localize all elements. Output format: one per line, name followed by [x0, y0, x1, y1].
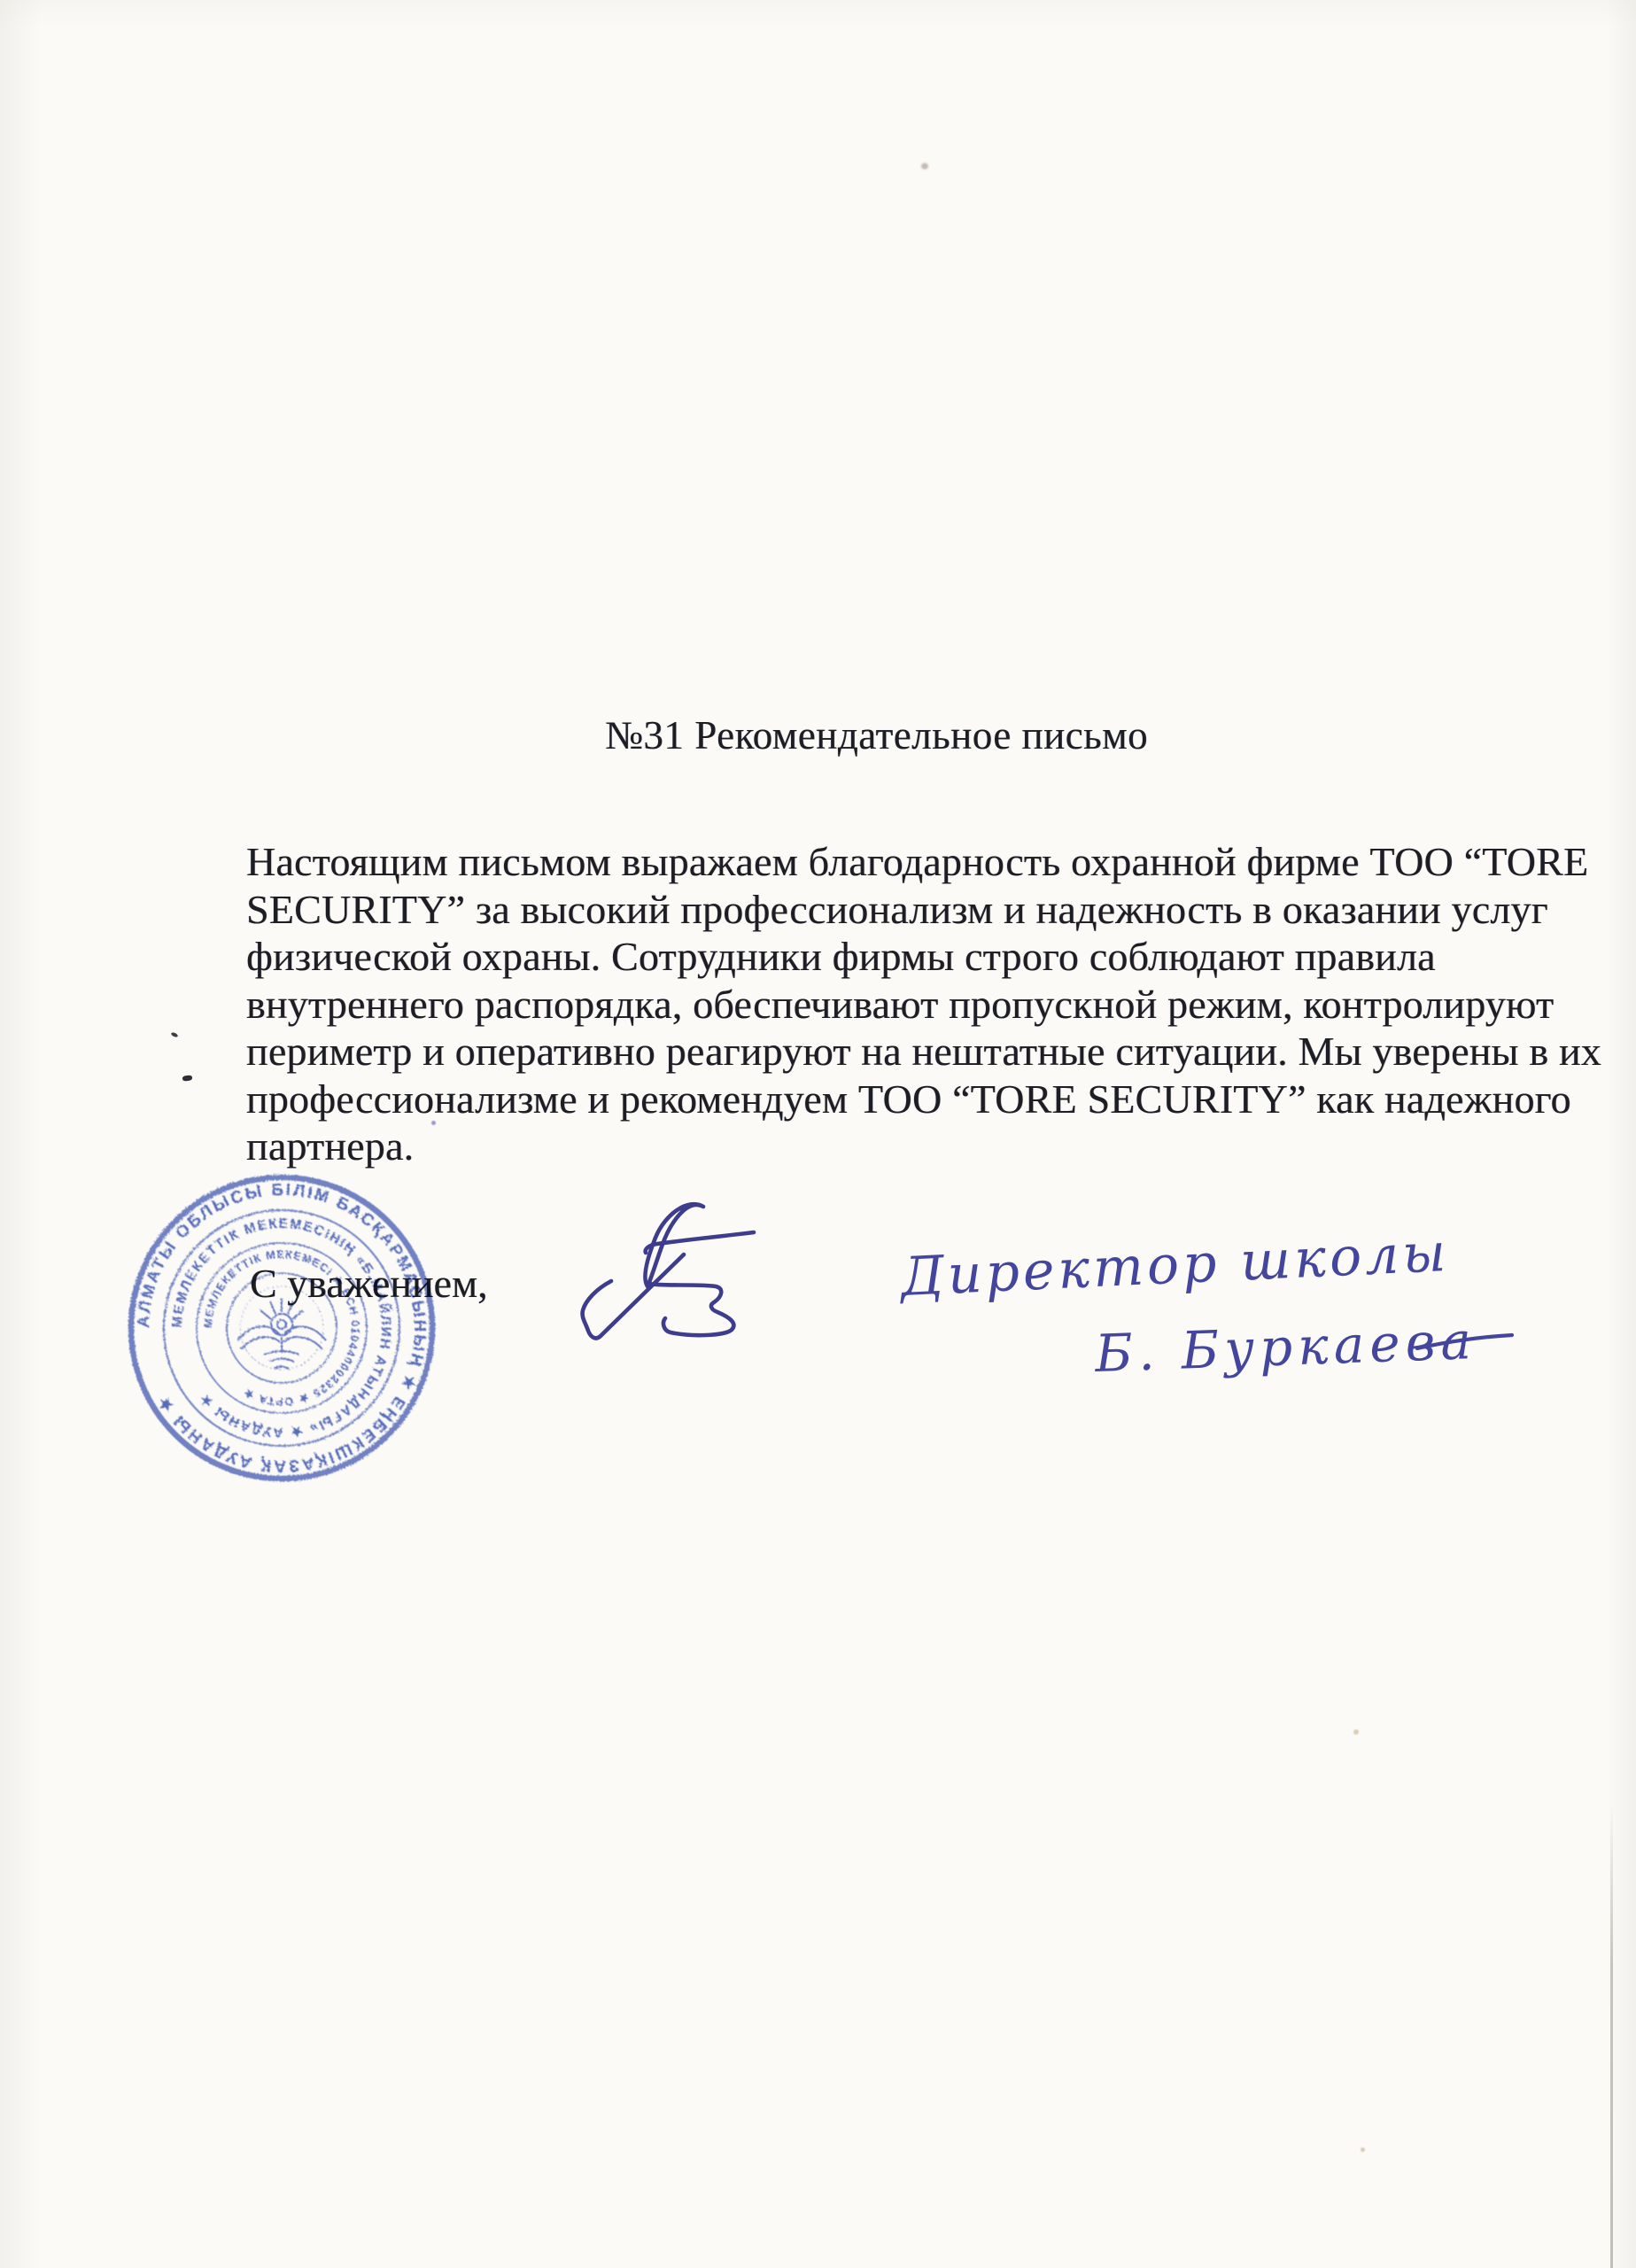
- body-line: внутреннего распорядка, обеспечивают про…: [246, 981, 1548, 1029]
- scan-speck: [921, 163, 928, 169]
- stamp-text-rings: АЛМАТЫ ОБЛЫСЫ БІЛІМ БАСҚАРМАСЫНЫҢ ★ ЕҢБЕ…: [135, 1181, 429, 1475]
- body-line: партнера.: [246, 1122, 1548, 1170]
- stamp-center-emblem: [237, 1298, 326, 1369]
- company-stamp: АЛМАТЫ ОБЛЫСЫ БІЛІМ БАСҚАРМАСЫНЫҢ ★ ЕҢБЕ…: [124, 1170, 439, 1486]
- scanned-letter-page: №31 Рекомендательное письмо Настоящим пи…: [0, 0, 1636, 2268]
- scan-speck: [1361, 2148, 1365, 2152]
- body-line: профессионализме и рекомендуем ТОО “TORE…: [246, 1076, 1548, 1123]
- body-line: периметр и оперативно реагируют на нешта…: [246, 1028, 1548, 1076]
- ink-speck: [182, 1075, 193, 1081]
- letter-body: Настоящим письмом выражаем благодарность…: [246, 838, 1548, 1170]
- body-line: SECURITY” за высокий профессионализм и н…: [246, 886, 1548, 934]
- body-line: Настоящим письмом выражаем благодарность…: [246, 838, 1548, 886]
- handwritten-signature-block: Директор школы Б. Буркаева: [868, 1205, 1541, 1417]
- body-line: физической охраны. Сотрудники фирмы стро…: [246, 933, 1548, 981]
- handwritten-role: Директор школы: [897, 1222, 1451, 1309]
- letter-title: №31 Рекомендательное письмо: [605, 712, 1148, 758]
- ink-speck: [171, 1031, 179, 1037]
- paper-edge-line: [1610, 1803, 1613, 2268]
- signature-ink: [496, 1178, 779, 1382]
- scan-speck: [1353, 1729, 1359, 1735]
